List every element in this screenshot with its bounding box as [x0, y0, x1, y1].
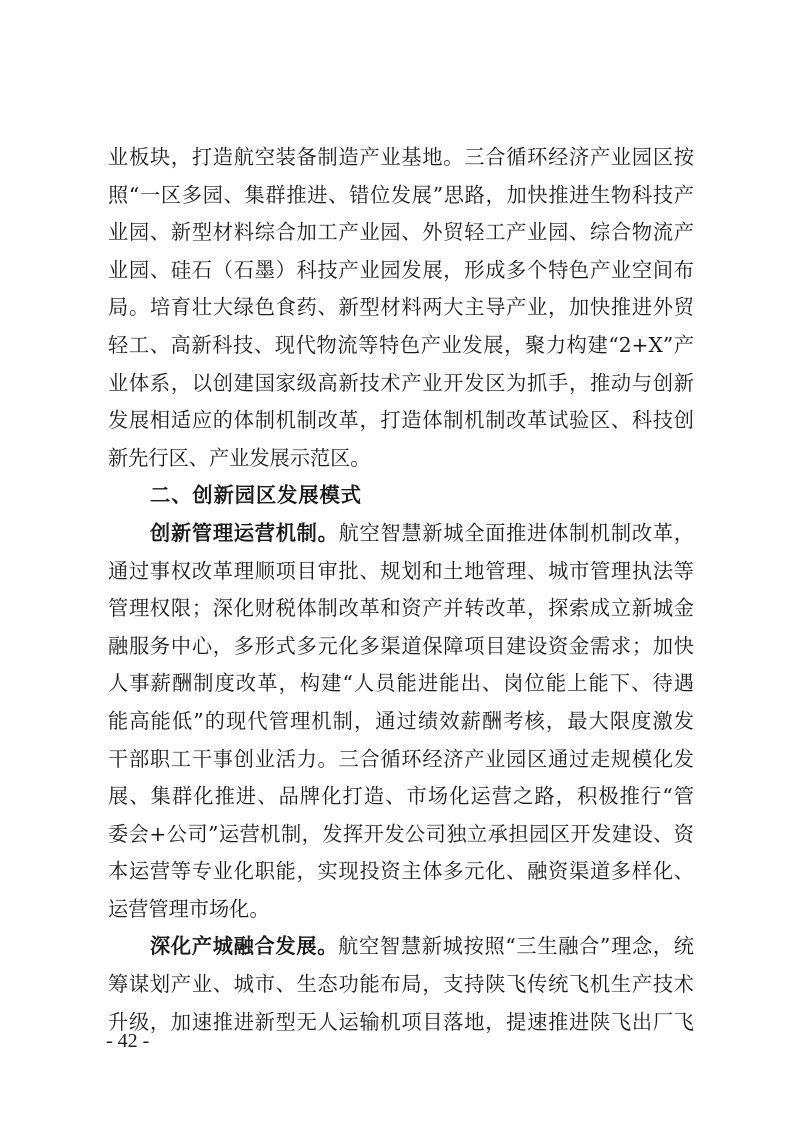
text-line: 展、集群化推进、品牌化打造、市场化运营之路，积极推行“管 — [108, 778, 694, 816]
text-line: 干部职工干事创业活力。三合循环经济产业园区通过走规模化发 — [108, 741, 694, 779]
text-line: 业园、新型材料综合加工产业园、外贸轻工产业园、综合物流产 — [108, 214, 694, 252]
text-line: 业体系，以创建国家级高新技术产业开发区为抓手，推动与创新 — [108, 365, 694, 403]
document-page: 业板块，打造航空装备制造产业基地。三合循环经济产业园区按 照“一区多园、集群推进… — [108, 139, 694, 1041]
text-line: 本运营等专业化职能，实现投资主体多元化、融资渠道多样化、 — [108, 853, 694, 891]
text-line: 通过事权改革理顺项目审批、规划和土地管理、城市管理执法等 — [108, 553, 694, 591]
text-line: 业板块，打造航空装备制造产业基地。三合循环经济产业园区按 — [108, 139, 694, 177]
text-line: 管理权限；深化财税体制改革和资产并转改革，探索成立新城金 — [108, 590, 694, 628]
text-line-first: 深化产城融合发展。航空智慧新城按照“三生融合”理念，统 — [108, 928, 694, 966]
text-span: 航空智慧新城全面推进体制机制改革， — [339, 521, 694, 545]
paragraph-industry-city-integration: 深化产城融合发展。航空智慧新城按照“三生融合”理念，统 筹谋划产业、城市、生态功… — [108, 928, 694, 1041]
text-line: 新先行区、产业发展示范区。 — [108, 440, 694, 478]
text-line: 轻工、高新科技、现代物流等特色产业发展，聚力构建“2+X”产 — [108, 327, 694, 365]
paragraph-lead-title: 深化产城融合发展。 — [150, 934, 338, 958]
text-line: 局。培育壮大绿色食药、新型材料两大主导产业，加快推进外贸 — [108, 289, 694, 327]
text-span: 航空智慧新城按照“三生融合”理念，统 — [338, 934, 694, 958]
paragraph-industrial-layout: 业板块，打造航空装备制造产业基地。三合循环经济产业园区按 照“一区多园、集群推进… — [108, 139, 694, 477]
text-line: 人事薪酬制度改革，构建“人员能进能出、岗位能上能下、待遇 — [108, 665, 694, 703]
text-line-first: 创新管理运营机制。航空智慧新城全面推进体制机制改革， — [108, 515, 694, 553]
text-line: 业园、硅石（石墨）科技产业园发展，形成多个特色产业空间布 — [108, 252, 694, 290]
paragraph-lead-title: 创新管理运营机制。 — [150, 521, 339, 545]
section-heading: 二、创新园区发展模式 — [108, 477, 694, 515]
text-line: 能高能低”的现代管理机制，通过绩效薪酬考核，最大限度激发 — [108, 703, 694, 741]
text-line: 升级，加速推进新型无人运输机项目落地，提速推进陕飞出厂飞 — [108, 1004, 694, 1042]
paragraph-management-mechanism: 创新管理运营机制。航空智慧新城全面推进体制机制改革， 通过事权改革理顺项目审批、… — [108, 515, 694, 929]
page-number: - 42 - — [106, 1030, 149, 1053]
text-line: 筹谋划产业、城市、生态功能布局，支持陕飞传统飞机生产技术 — [108, 966, 694, 1004]
text-line: 运营管理市场化。 — [108, 891, 694, 929]
text-line: 发展相适应的体制机制改革，打造体制机制改革试验区、科技创 — [108, 402, 694, 440]
text-line: 照“一区多园、集群推进、错位发展”思路，加快推进生物科技产 — [108, 177, 694, 215]
text-line: 委会+公司”运营机制，发挥开发公司独立承担园区开发建设、资 — [108, 816, 694, 854]
text-line: 融服务中心，多形式多元化多渠道保障项目建设资金需求；加快 — [108, 628, 694, 666]
